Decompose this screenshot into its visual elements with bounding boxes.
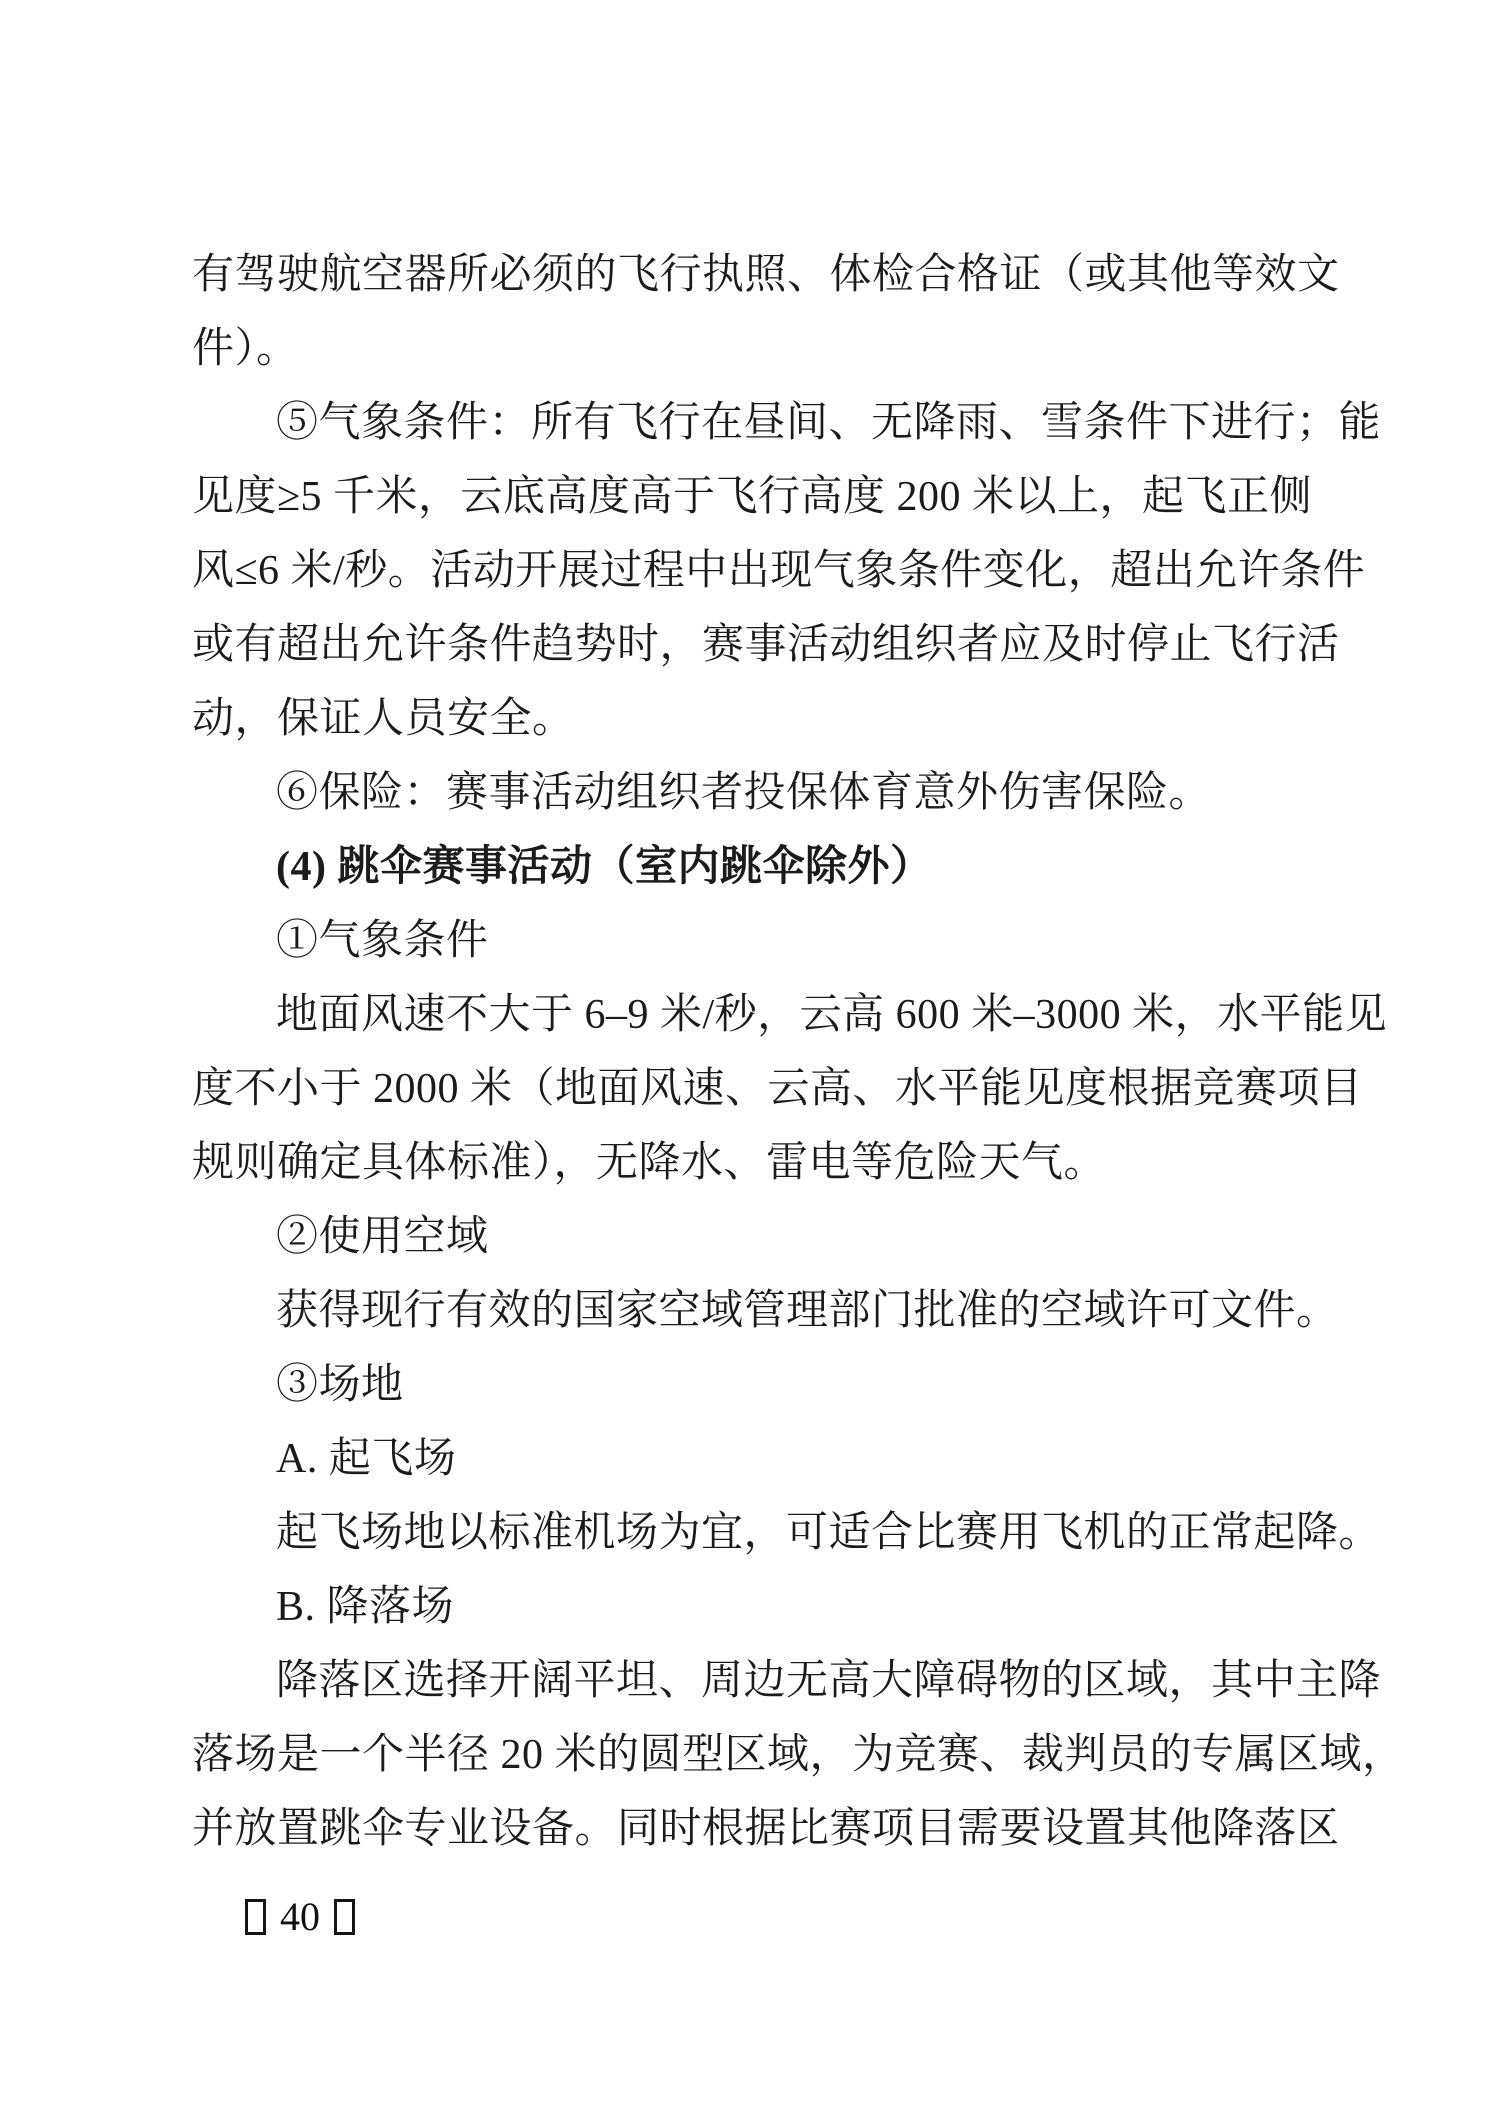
- text-line: 风≤6 米/秒。活动开展过程中出现气象条件变化，超出允许条件: [192, 534, 1352, 608]
- missing-glyph-box-icon: [245, 1899, 266, 1935]
- text-line: 获得现行有效的国家空域管理部门批准的空域许可文件。: [192, 1274, 1352, 1348]
- text-line: 规则确定具体标准），无降水、雷电等危险天气。: [192, 1126, 1352, 1200]
- page-number: 40: [280, 1895, 320, 1939]
- text-line: 并放置跳伞专业设备。同时根据比赛项目需要设置其他降落区: [192, 1792, 1352, 1866]
- document-page: 有驾驶航空器所必须的飞行执照、体检合格证（或其他等效文 件）。 ⑤气象条件：所有…: [0, 0, 1487, 2105]
- text-line: 见度≥5 千米，云底高度高于飞行高度 200 米以上，起飞正侧: [192, 460, 1352, 534]
- section-heading: (4) 跳伞赛事活动（室内跳伞除外）: [192, 830, 1352, 904]
- text-line: ③场地: [192, 1348, 1352, 1422]
- text-line: 动，保证人员安全。: [192, 682, 1352, 756]
- missing-glyph-box-icon: [334, 1899, 355, 1935]
- document-text-block: 有驾驶航空器所必须的飞行执照、体检合格证（或其他等效文 件）。 ⑤气象条件：所有…: [192, 238, 1352, 1866]
- text-line: ⑥保险：赛事活动组织者投保体育意外伤害保险。: [192, 756, 1352, 830]
- text-line: 件）。: [192, 312, 1352, 386]
- text-line: 或有超出允许条件趋势时，赛事活动组织者应及时停止飞行活: [192, 608, 1352, 682]
- text-line: ②使用空域: [192, 1200, 1352, 1274]
- text-line: 起飞场地以标准机场为宜，可适合比赛用飞机的正常起降。: [192, 1496, 1352, 1570]
- text-line: A. 起飞场: [192, 1422, 1352, 1496]
- text-line: ①气象条件: [192, 904, 1352, 978]
- text-line: 有驾驶航空器所必须的飞行执照、体检合格证（或其他等效文: [192, 238, 1352, 312]
- text-line: ⑤气象条件：所有飞行在昼间、无降雨、雪条件下进行；能: [192, 386, 1352, 460]
- text-line: 落场是一个半径 20 米的圆型区域，为竞赛、裁判员的专属区域，: [192, 1718, 1352, 1792]
- text-line: B. 降落场: [192, 1570, 1352, 1644]
- text-line: 地面风速不大于 6–9 米/秒，云高 600 米–3000 米，水平能见: [192, 978, 1352, 1052]
- text-line: 降落区选择开阔平坦、周边无高大障碍物的区域，其中主降: [192, 1644, 1352, 1718]
- page-footer: 40: [245, 1895, 355, 1939]
- text-line: 度不小于 2000 米（地面风速、云高、水平能见度根据竞赛项目: [192, 1052, 1352, 1126]
